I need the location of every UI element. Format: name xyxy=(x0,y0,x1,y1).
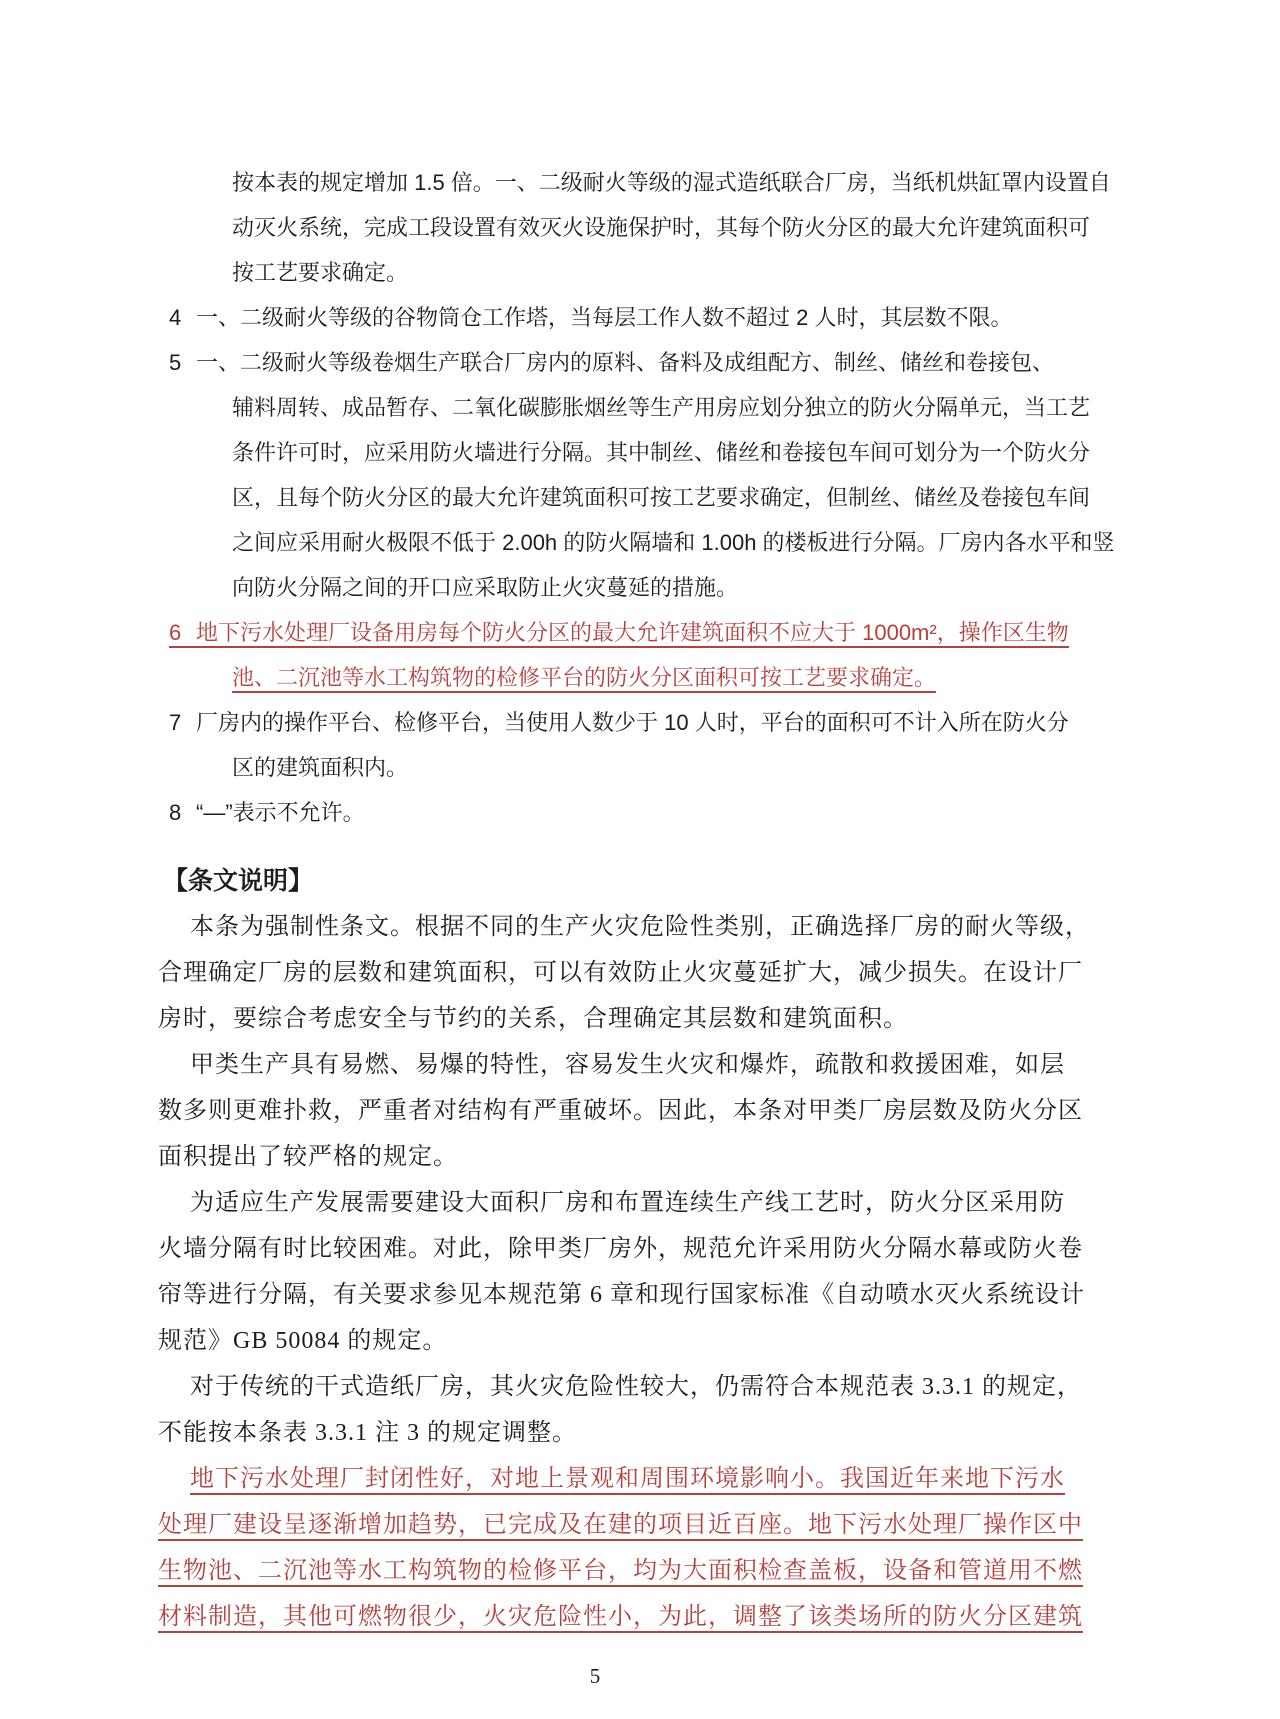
note-line: 6地下污水处理厂设备用房每个防火分区的最大允许建筑面积不应大于 1000m²，操… xyxy=(0,610,1280,655)
paragraph-line: 合理确定厂房的层数和建筑面积，可以有效防止火灾蔓延扩大，减少损失。在设计厂 xyxy=(0,950,1280,996)
note-line: 条件许可时，应采用防火墙进行分隔。其中制丝、储丝和卷接包车间可划分为一个防火分 xyxy=(0,430,1280,475)
paragraph-line: 本条为强制性条文。根据不同的生产火灾危险性类别，正确选择厂房的耐火等级， xyxy=(0,904,1280,950)
paragraph-line: 面积提出了较严格的规定。 xyxy=(0,1134,1280,1180)
note-line: 区，且每个防火分区的最大允许建筑面积可按工艺要求确定，但制丝、储丝及卷接包车间 xyxy=(0,475,1280,520)
note-line: 4一、二级耐火等级的谷物筒仓工作塔，当每层工作人数不超过 2 人时，其层数不限。 xyxy=(0,295,1280,340)
note-line: 之间应采用耐火极限不低于 2.00h 的防火隔墙和 1.00h 的楼板进行分隔。… xyxy=(0,520,1280,565)
note-number: 5 xyxy=(169,340,196,385)
paragraph-line: 火墙分隔有时比较困难。对此，除甲类厂房外，规范允许采用防火分隔水幕或防火卷 xyxy=(0,1226,1280,1272)
paragraph-line: 对于传统的干式造纸厂房，其火灾危险性较大，仍需符合本规范表 3.3.1 的规定， xyxy=(0,1364,1280,1410)
note-number: 7 xyxy=(169,700,196,745)
paragraph-line: 数多则更难扑救，严重者对结构有严重破坏。因此，本条对甲类厂房层数及防火分区 xyxy=(0,1088,1280,1134)
note-line: 7厂房内的操作平台、检修平台，当使用人数少于 10 人时，平台的面积可不计入所在… xyxy=(0,700,1280,745)
paragraph-line: 甲类生产具有易燃、易爆的特性，容易发生火灾和爆炸，疏散和救援困难，如层 xyxy=(0,1042,1280,1088)
explanation-paragraphs: 本条为强制性条文。根据不同的生产火灾危险性类别，正确选择厂房的耐火等级，合理确定… xyxy=(0,904,1280,1640)
note-line: 动灭火系统，完成工段设置有效灭火设施保护时，其每个防火分区的最大允许建筑面积可 xyxy=(0,205,1280,250)
page-number: 5 xyxy=(0,1664,1190,1689)
paragraph-line: 生物池、二沉池等水工构筑物的检修平台，均为大面积检查盖板，设备和管道用不燃 xyxy=(0,1548,1280,1594)
note-number: 8 xyxy=(169,790,196,835)
section-label: 【条文说明】 xyxy=(0,859,1280,904)
paragraph-line: 不能按本条表 3.3.1 注 3 的规定调整。 xyxy=(0,1410,1280,1456)
note-line: 按本表的规定增加 1.5 倍。一、二级耐火等级的湿式造纸联合厂房，当纸机烘缸罩内… xyxy=(0,160,1280,205)
notes-list: 按本表的规定增加 1.5 倍。一、二级耐火等级的湿式造纸联合厂房，当纸机烘缸罩内… xyxy=(0,0,1280,835)
note-line: 按工艺要求确定。 xyxy=(0,250,1280,295)
note-line: 辅料周转、成品暂存、二氧化碳膨胀烟丝等生产用房应划分独立的防火分隔单元，当工艺 xyxy=(0,385,1280,430)
paragraph-line: 为适应生产发展需要建设大面积厂房和布置连续生产线工艺时，防火分区采用防 xyxy=(0,1180,1280,1226)
paragraph-line: 地下污水处理厂封闭性好，对地上景观和周围环境影响小。我国近年来地下污水 xyxy=(0,1456,1280,1502)
note-number: 4 xyxy=(169,295,196,340)
note-number: 6 xyxy=(169,610,196,655)
note-line: 向防火分隔之间的开口应采取防止火灾蔓延的措施。 xyxy=(0,565,1280,610)
paragraph-line: 材料制造，其他可燃物很少，火灾危险性小，为此，调整了该类场所的防火分区建筑 xyxy=(0,1594,1280,1640)
note-line: 池、二沉池等水工构筑物的检修平台的防火分区面积可按工艺要求确定。 xyxy=(0,655,1280,700)
note-line: 5一、二级耐火等级卷烟生产联合厂房内的原料、备料及成组配方、制丝、储丝和卷接包、 xyxy=(0,340,1280,385)
note-line: 区的建筑面积内。 xyxy=(0,745,1280,790)
paragraph-line: 帘等进行分隔，有关要求参见本规范第 6 章和现行国家标准《自动喷水灭火系统设计 xyxy=(0,1272,1280,1318)
document-page: 按本表的规定增加 1.5 倍。一、二级耐火等级的湿式造纸联合厂房，当纸机烘缸罩内… xyxy=(0,0,1280,1719)
paragraph-line: 规范》GB 50084 的规定。 xyxy=(0,1318,1280,1364)
paragraph-line: 房时，要综合考虑安全与节约的关系，合理确定其层数和建筑面积。 xyxy=(0,996,1280,1042)
paragraph-line: 处理厂建设呈逐渐增加趋势，已完成及在建的项目近百座。地下污水处理厂操作区中 xyxy=(0,1502,1280,1548)
note-line: 8“—”表示不允许。 xyxy=(0,790,1280,835)
